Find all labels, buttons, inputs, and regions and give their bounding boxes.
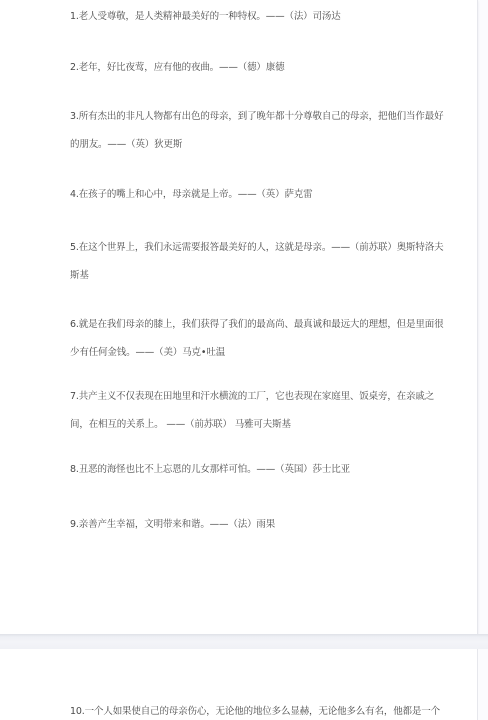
- quote-line: 7.共产主义不仅表现在田地里和汗水横流的工厂，它也表现在家庭里、饭桌旁，在亲戚之…: [70, 383, 444, 438]
- quote-line: 8.丑恶的海怪也比不上忘恩的儿女那样可怕。——（英国）莎士比亚: [70, 456, 444, 484]
- quote-line: 3.所有杰出的非凡人物都有出色的母亲，到了晚年都十分尊敬自己的母亲，把他们当作最…: [70, 103, 444, 158]
- quote-line: 2.老年，好比夜莺，应有他的夜曲。——（德）康德: [70, 54, 444, 82]
- quote-line: 6.就是在我们母亲的膝上，我们获得了我们的最高尚、最真诚和最远大的理想，但是里面…: [70, 311, 444, 366]
- quote-line: 4.在孩子的嘴上和心中，母亲就是上帝。——（英）萨克雷: [70, 181, 444, 209]
- page-gap-separator: [0, 634, 488, 649]
- quote-line: 5.在这个世界上，我们永远需要报答最美好的人，这就是母亲。——（前苏联）奥斯特洛…: [70, 234, 444, 289]
- document-scroll-area[interactable]: 1.老人受尊敬，是人类精神最美好的一种特权。——（法）司汤达2.老年，好比夜莺，…: [0, 0, 488, 720]
- quote-line: 9.亲善产生幸福，文明带来和谐。——（法）雨果: [70, 511, 444, 539]
- document-page-2: 10.一个人如果使自己的母亲伤心，无论他的地位多么显赫，无论他多么有名，他都是一…: [0, 649, 478, 720]
- quote-line: 10.一个人如果使自己的母亲伤心，无论他的地位多么显赫，无论他多么有名，他都是一…: [70, 698, 444, 720]
- document-page-1: 1.老人受尊敬，是人类精神最美好的一种特权。——（法）司汤达2.老年，好比夜莺，…: [0, 0, 478, 634]
- quote-line: 1.老人受尊敬，是人类精神最美好的一种特权。——（法）司汤达: [70, 3, 444, 31]
